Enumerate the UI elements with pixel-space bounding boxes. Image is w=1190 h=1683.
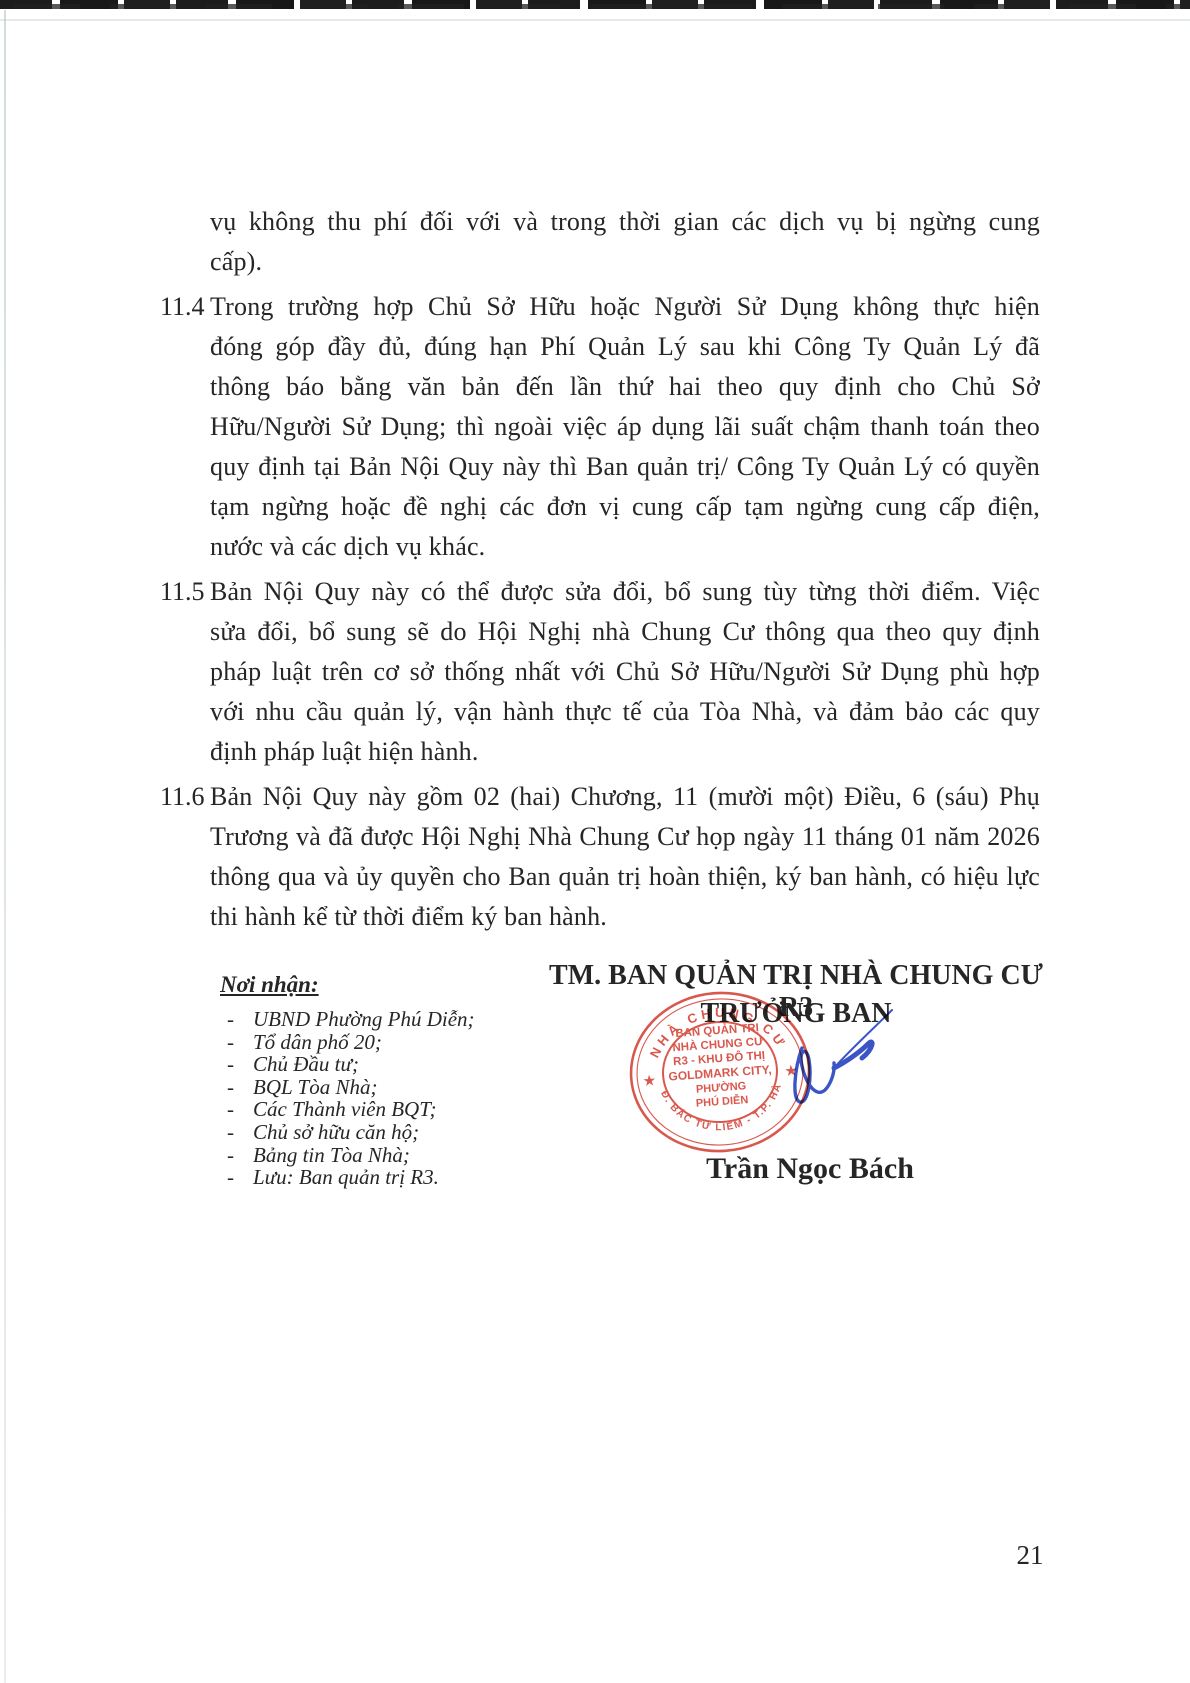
- recipient-text: Tổ dân phố 20;: [253, 1031, 382, 1054]
- document-line: tạm ngừng hoặc đề nghị các đơn vị cung c…: [210, 487, 1040, 527]
- document-paragraph: 11.6 Bản Nội Quy này gồm 02 (hai) Chương…: [210, 777, 1040, 937]
- stamp-center-line: PHÚ DIỄN: [695, 1093, 748, 1110]
- document-paragraph: 11.4 Trong trường hợp Chủ Sở Hữu hoặc Ng…: [210, 287, 1040, 567]
- recipient-item: - UBND Phường Phú Diễn;: [220, 1008, 550, 1031]
- recipient-item: - BQL Tòa Nhà;: [220, 1076, 550, 1099]
- document-line: vụ không thu phí đối với và trong thời g…: [210, 202, 1040, 242]
- dash-bullet: -: [227, 1144, 253, 1167]
- document-line: Trương và đã được Hội Nghị Nhà Chung Cư …: [210, 817, 1040, 857]
- document-paragraph: 11.5 Bản Nội Quy này có thể được sửa đổi…: [210, 572, 1040, 772]
- star-icon: ★: [643, 1073, 656, 1089]
- recipient-text: Bảng tin Tòa Nhà;: [253, 1144, 410, 1167]
- document-line: pháp luật trên cơ sở thống nhất với Chủ …: [210, 652, 1040, 692]
- document-line: Bản Nội Quy này gồm 02 (hai) Chương, 11 …: [210, 777, 1040, 817]
- document-line: thông báo bằng văn bản đến lần thứ hai t…: [210, 367, 1040, 407]
- document-line: cấp).: [210, 242, 1040, 282]
- scan-artifact-top-bar-2: [0, 4, 1190, 9]
- document-line: Bản Nội Quy này có thể được sửa đổi, bổ …: [210, 572, 1040, 612]
- document-line: sửa đổi, bổ sung sẽ do Hội Nghị nhà Chun…: [210, 612, 1040, 652]
- dash-bullet: -: [227, 1166, 253, 1189]
- recipient-text: Lưu: Ban quản trị R3.: [253, 1166, 439, 1189]
- paragraph-number: 11.5: [160, 572, 205, 612]
- stamp-center-line: PHƯỜNG: [696, 1079, 747, 1095]
- document-line: Hữu/Người Sử Dụng; thì ngoài việc áp dụn…: [210, 407, 1040, 447]
- document-paragraph: vụ không thu phí đối với và trong thời g…: [210, 202, 1040, 282]
- dash-bullet: -: [227, 1053, 253, 1076]
- document-line: với nhu cầu quản lý, vận hành thực tế củ…: [210, 692, 1040, 732]
- recipient-text: Các Thành viên BQT;: [253, 1098, 437, 1121]
- paragraph-number: 11.4: [160, 287, 205, 327]
- recipients-heading: Nơi nhận:: [220, 972, 550, 998]
- paragraph-lines: Trong trường hợp Chủ Sở Hữu hoặc Người S…: [210, 287, 1040, 567]
- scan-artifact-top-line: [0, 19, 1190, 21]
- paragraph-lines: vụ không thu phí đối với và trong thời g…: [210, 202, 1040, 282]
- scan-artifact-left-edge: [4, 10, 6, 1683]
- recipient-text: UBND Phường Phú Diễn;: [253, 1008, 475, 1031]
- recipients-list: - UBND Phường Phú Diễn; - Tổ dân phố 20;…: [220, 1008, 550, 1189]
- document-line: thi hành kể từ thời điểm ký ban hành.: [210, 897, 1040, 937]
- document-line: quy định tại Bản Nội Quy này thì Ban quả…: [210, 447, 1040, 487]
- recipient-item: - Chủ Đầu tư;: [220, 1053, 550, 1076]
- recipient-item: - Tổ dân phố 20;: [220, 1031, 550, 1054]
- dash-bullet: -: [227, 1031, 253, 1054]
- document-line: định pháp luật hiện hành.: [210, 732, 1040, 772]
- recipient-item: - Chủ sở hữu căn hộ;: [220, 1121, 550, 1144]
- dash-bullet: -: [227, 1008, 253, 1031]
- handwritten-signature: [772, 1000, 922, 1130]
- dash-bullet: -: [227, 1098, 253, 1121]
- paragraph-lines: Bản Nội Quy này gồm 02 (hai) Chương, 11 …: [210, 777, 1040, 937]
- recipient-item: - Các Thành viên BQT;: [220, 1098, 550, 1121]
- page-number: 21: [1000, 1540, 1060, 1571]
- paragraph-lines: Bản Nội Quy này có thể được sửa đổi, bổ …: [210, 572, 1040, 772]
- document-line: đóng góp đầy đủ, đúng hạn Phí Quản Lý sa…: [210, 327, 1040, 367]
- dash-bullet: -: [227, 1121, 253, 1144]
- dash-bullet: -: [227, 1076, 253, 1099]
- document-line: thông qua và ủy quyền cho Ban quản trị h…: [210, 857, 1040, 897]
- scanned-document-page: { "page_number": "21", "colors": { "ink"…: [0, 0, 1190, 1683]
- recipient-item: - Bảng tin Tòa Nhà;: [220, 1144, 550, 1167]
- document-line: Trong trường hợp Chủ Sở Hữu hoặc Người S…: [210, 287, 1040, 327]
- document-line: nước và các dịch vụ khác.: [210, 527, 1040, 567]
- paragraph-number: 11.6: [160, 777, 205, 817]
- recipients-block: Nơi nhận: - UBND Phường Phú Diễn; - Tổ d…: [220, 972, 550, 1189]
- recipient-text: Chủ Đầu tư;: [253, 1053, 359, 1076]
- recipient-item: - Lưu: Ban quản trị R3.: [220, 1166, 550, 1189]
- recipient-text: Chủ sở hữu căn hộ;: [253, 1121, 419, 1144]
- recipient-text: BQL Tòa Nhà;: [253, 1076, 377, 1099]
- document-body: vụ không thu phí đối với và trong thời g…: [210, 202, 1040, 942]
